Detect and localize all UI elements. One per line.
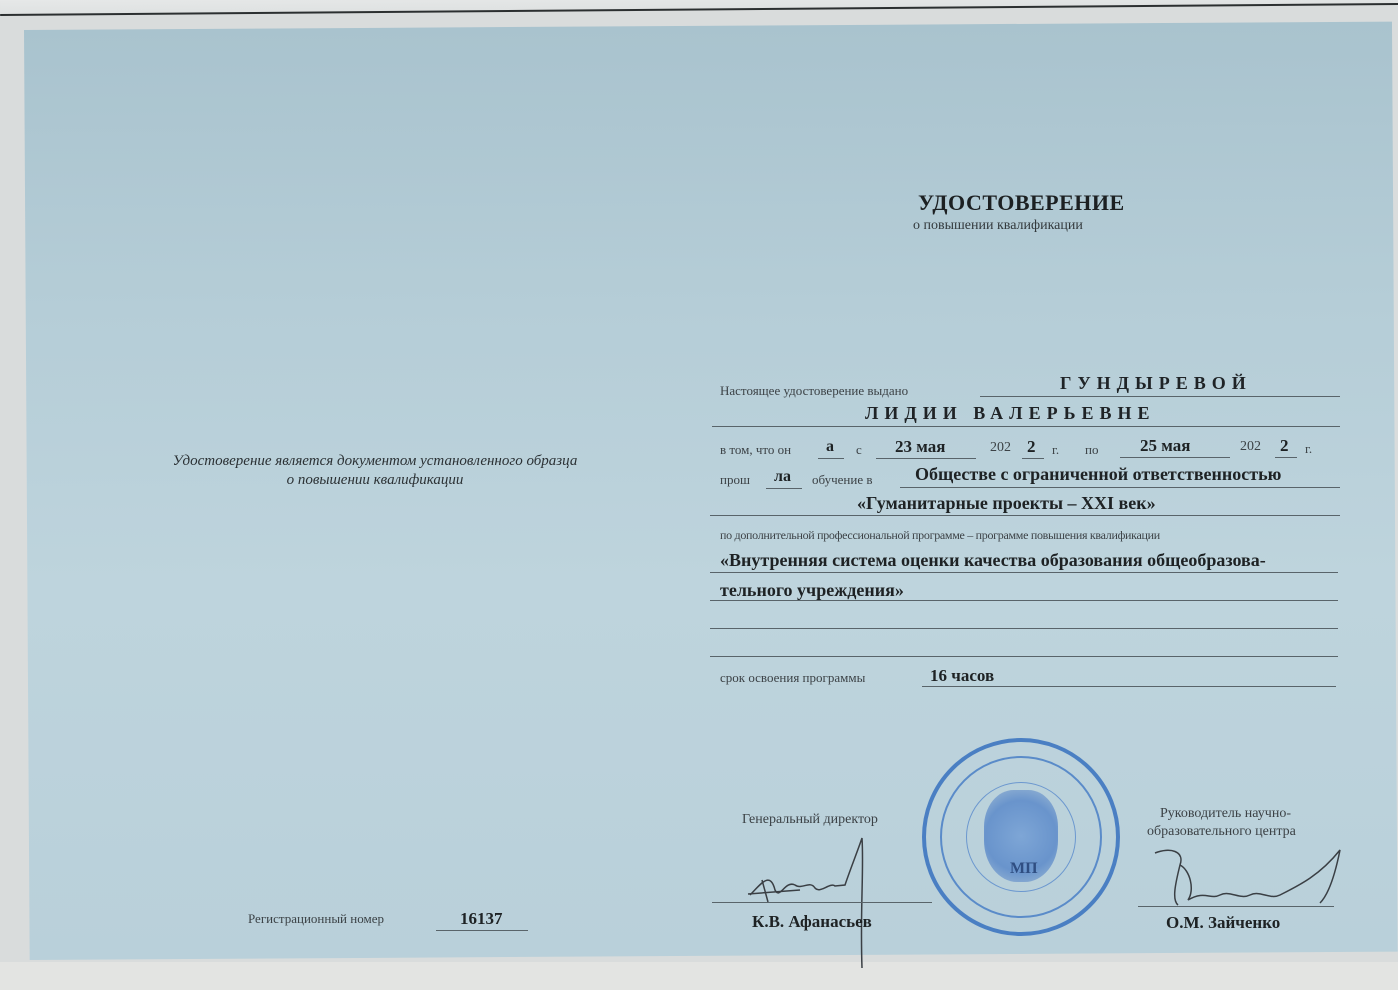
head-name: О.М. Зайченко (1166, 913, 1280, 933)
gender-suffix-2: ла (774, 468, 791, 486)
director-signature (740, 830, 880, 970)
document-subtitle: о повышении квалификации (913, 218, 1083, 234)
issued-label: Настоящее удостоверение выдано (720, 383, 908, 399)
training-label: обучение в (812, 472, 873, 488)
duration-underline (922, 686, 1336, 687)
stamp-text: МП (1010, 860, 1038, 878)
year-underline-1 (1022, 458, 1044, 459)
reg-number: 16137 (460, 909, 503, 929)
year-digit-2: 2 (1280, 436, 1289, 456)
program-underline-4 (710, 656, 1338, 657)
gender-suffix-1: а (826, 438, 834, 456)
head-signature (1150, 845, 1350, 915)
program-line1: «Внутренняя система оценки качества обра… (720, 550, 1266, 571)
head-title-line2: образовательного центра (1147, 824, 1296, 840)
to-label: по (1085, 442, 1098, 458)
duration-value: 16 часов (930, 666, 994, 686)
suffix-underline-2 (766, 488, 802, 489)
from-label: с (856, 442, 862, 458)
document-title: УДОСТОВЕРЕНИЕ (918, 190, 1125, 216)
official-stamp: МП (922, 738, 1120, 936)
surname-underline (980, 396, 1340, 397)
year-prefix-1: 202 (990, 440, 1011, 456)
org-underline-1 (900, 487, 1340, 488)
end-date-underline (1120, 457, 1230, 458)
org-line1: Обществе с ограниченной ответственностью (915, 464, 1281, 485)
program-underline-1 (710, 572, 1338, 573)
suffix-underline-1 (818, 458, 844, 459)
program-label: по дополнительной профессиональной прогр… (720, 528, 1160, 543)
in-that-label: в том, что он (720, 442, 791, 458)
reg-underline (436, 930, 528, 931)
bottom-background (0, 962, 1398, 990)
year-prefix-2: 202 (1240, 439, 1261, 455)
org-line2: «Гуманитарные проекты – XXI век» (857, 493, 1156, 514)
start-date: 23 мая (895, 437, 945, 457)
passed-label: прош (720, 472, 750, 488)
end-date: 25 мая (1140, 436, 1190, 456)
head-underline (1138, 906, 1334, 907)
name-patronymic: ЛИДИИ ВАЛЕРЬЕВНЕ (865, 403, 1156, 424)
program-underline-2 (710, 600, 1338, 601)
director-title: Генеральный директор (742, 812, 878, 828)
start-date-underline (876, 458, 976, 459)
director-name: К.В. Афанасьев (752, 912, 872, 932)
year-underline-2 (1275, 457, 1297, 458)
surname: ГУНДЫРЕВОЙ (1060, 373, 1252, 394)
left-note-line1: Удостоверение является документом устано… (120, 453, 630, 470)
program-underline-3 (710, 628, 1338, 629)
duration-label: срок освоения программы (720, 670, 865, 686)
year-suffix-2: г. (1305, 441, 1312, 457)
name-underline (712, 426, 1340, 427)
year-digit-1: 2 (1027, 437, 1036, 457)
top-edge (0, 0, 1398, 16)
head-title-line1: Руководитель научно- (1160, 806, 1291, 822)
reg-label: Регистрационный номер (248, 911, 384, 927)
director-underline (712, 902, 932, 903)
org-underline-2 (710, 515, 1340, 516)
year-suffix-1: г. (1052, 442, 1059, 458)
left-note-line2: о повышении квалификации (120, 472, 630, 489)
program-line2: тельного учреждения» (720, 580, 904, 601)
